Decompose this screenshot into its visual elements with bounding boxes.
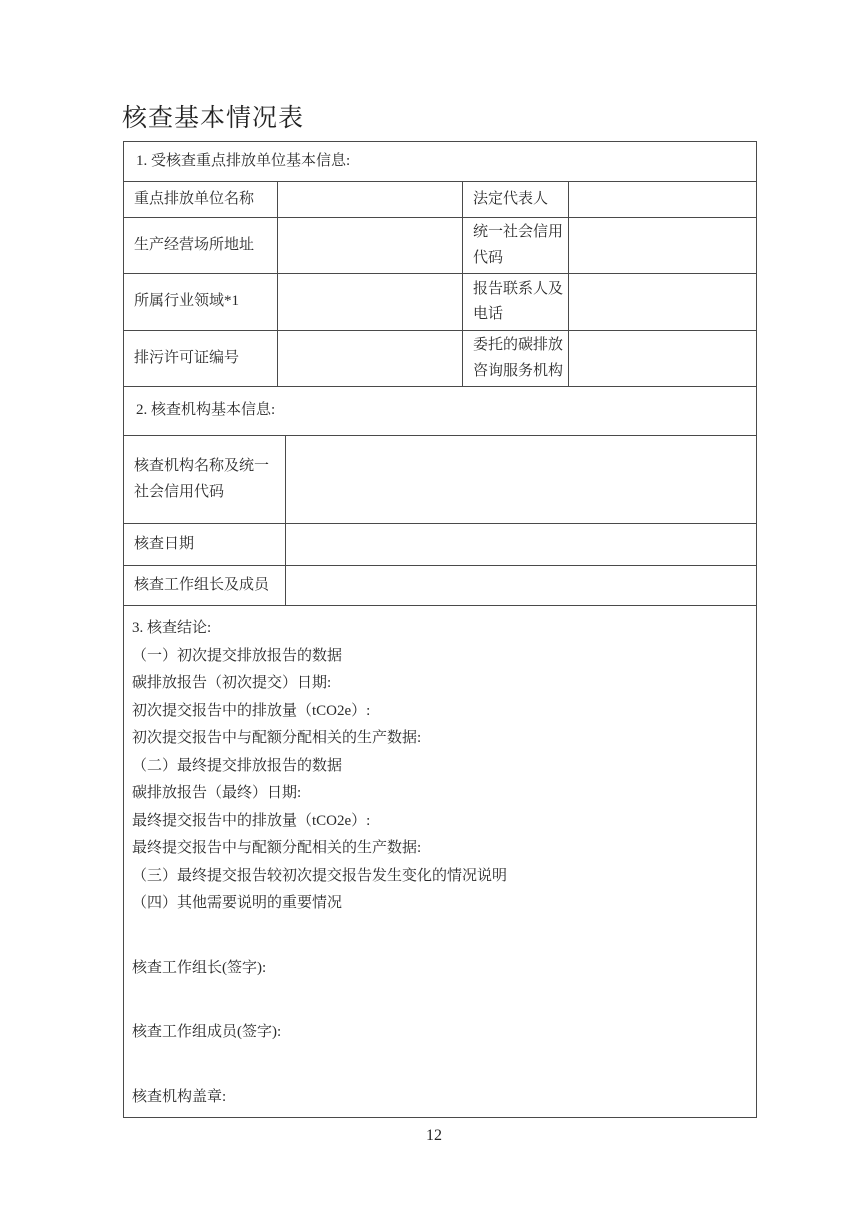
field-value-business-address bbox=[278, 218, 463, 274]
conclusion-line: （三）最终提交报告较初次提交报告发生变化的情况说明 bbox=[132, 863, 746, 891]
field-label-business-address: 生产经营场所地址 bbox=[124, 218, 278, 274]
field-value-team-leader-members bbox=[286, 566, 757, 606]
field-label-report-contact: 报告联系人及电话 bbox=[463, 274, 569, 331]
table-row: 重点排放单位名称 法定代表人 bbox=[124, 182, 757, 218]
signature-line-team-leader: 核查工作组长(签字): bbox=[132, 955, 746, 983]
conclusion-line: 初次提交报告中与配额分配相关的生产数据: bbox=[132, 725, 746, 753]
field-label-team-leader-members: 核查工作组长及成员 bbox=[124, 566, 286, 606]
signature-line-team-members: 核查工作组成员(签字): bbox=[132, 1019, 746, 1047]
field-value-verification-date bbox=[286, 524, 757, 566]
table-row: 核查日期 bbox=[124, 524, 757, 566]
conclusion-line: 碳排放报告（初次提交）日期: bbox=[132, 670, 746, 698]
section2-header: 2. 核查机构基本信息: bbox=[124, 387, 757, 436]
section3-header: 3. 核查结论: bbox=[132, 615, 746, 643]
section1-table: 1. 受核查重点排放单位基本信息: 重点排放单位名称 法定代表人 生产经营场所地… bbox=[123, 141, 757, 387]
table-row: 1. 受核查重点排放单位基本信息: bbox=[124, 142, 757, 182]
conclusion-line: 最终提交报告中的排放量（tCO2e）: bbox=[132, 808, 746, 836]
field-label-credit-code: 统一社会信用代码 bbox=[463, 218, 569, 274]
field-label-permit-number: 排污许可证编号 bbox=[124, 331, 278, 387]
table-row: 核查工作组长及成员 bbox=[124, 566, 757, 606]
table-row: 3. 核查结论: （一）初次提交排放报告的数据 碳排放报告（初次提交）日期: 初… bbox=[124, 606, 757, 1118]
table-row: 2. 核查机构基本信息: bbox=[124, 387, 757, 436]
conclusion-line: （一）初次提交排放报告的数据 bbox=[132, 643, 746, 671]
section2-table: 2. 核查机构基本信息: 核查机构名称及统一社会信用代码 核查日期 核查工作组长… bbox=[123, 386, 757, 606]
conclusion-line: 最终提交报告中与配额分配相关的生产数据: bbox=[132, 835, 746, 863]
conclusion-line: 碳排放报告（最终）日期: bbox=[132, 780, 746, 808]
field-label-unit-name: 重点排放单位名称 bbox=[124, 182, 278, 218]
section3-conclusion-cell: 3. 核查结论: （一）初次提交排放报告的数据 碳排放报告（初次提交）日期: 初… bbox=[124, 606, 757, 1118]
section1-header: 1. 受核查重点排放单位基本信息: bbox=[124, 142, 757, 182]
field-value-permit-number bbox=[278, 331, 463, 387]
table-row: 生产经营场所地址 统一社会信用代码 bbox=[124, 218, 757, 274]
field-value-unit-name bbox=[278, 182, 463, 218]
table-row: 核查机构名称及统一社会信用代码 bbox=[124, 436, 757, 524]
field-value-industry-sector bbox=[278, 274, 463, 331]
signature-line-agency-seal: 核查机构盖章: bbox=[132, 1084, 746, 1112]
field-value-legal-representative bbox=[569, 182, 757, 218]
conclusion-line: 初次提交报告中的排放量（tCO2e）: bbox=[132, 698, 746, 726]
field-value-consulting-agency bbox=[569, 331, 757, 387]
field-label-verifier-name-code: 核查机构名称及统一社会信用代码 bbox=[124, 436, 286, 524]
field-label-consulting-agency: 委托的碳排放咨询服务机构 bbox=[463, 331, 569, 387]
document-page: 核查基本情况表 1. 受核查重点排放单位基本信息: 重点排放单位名称 法定代表人… bbox=[0, 0, 868, 1227]
field-value-credit-code bbox=[569, 218, 757, 274]
verification-form-table: 1. 受核查重点排放单位基本信息: 重点排放单位名称 法定代表人 生产经营场所地… bbox=[123, 141, 756, 1118]
page-title: 核查基本情况表 bbox=[122, 98, 304, 134]
field-label-legal-representative: 法定代表人 bbox=[463, 182, 569, 218]
conclusion-line: （二）最终提交排放报告的数据 bbox=[132, 753, 746, 781]
field-value-report-contact bbox=[569, 274, 757, 331]
conclusion-line: （四）其他需要说明的重要情况 bbox=[132, 890, 746, 918]
section3-table: 3. 核查结论: （一）初次提交排放报告的数据 碳排放报告（初次提交）日期: 初… bbox=[123, 605, 757, 1118]
field-value-verifier-name-code bbox=[286, 436, 757, 524]
field-label-verification-date: 核查日期 bbox=[124, 524, 286, 566]
field-label-industry-sector: 所属行业领域*1 bbox=[124, 274, 278, 331]
table-row: 排污许可证编号 委托的碳排放咨询服务机构 bbox=[124, 331, 757, 387]
table-row: 所属行业领域*1 报告联系人及电话 bbox=[124, 274, 757, 331]
page-number: 12 bbox=[0, 1127, 868, 1145]
